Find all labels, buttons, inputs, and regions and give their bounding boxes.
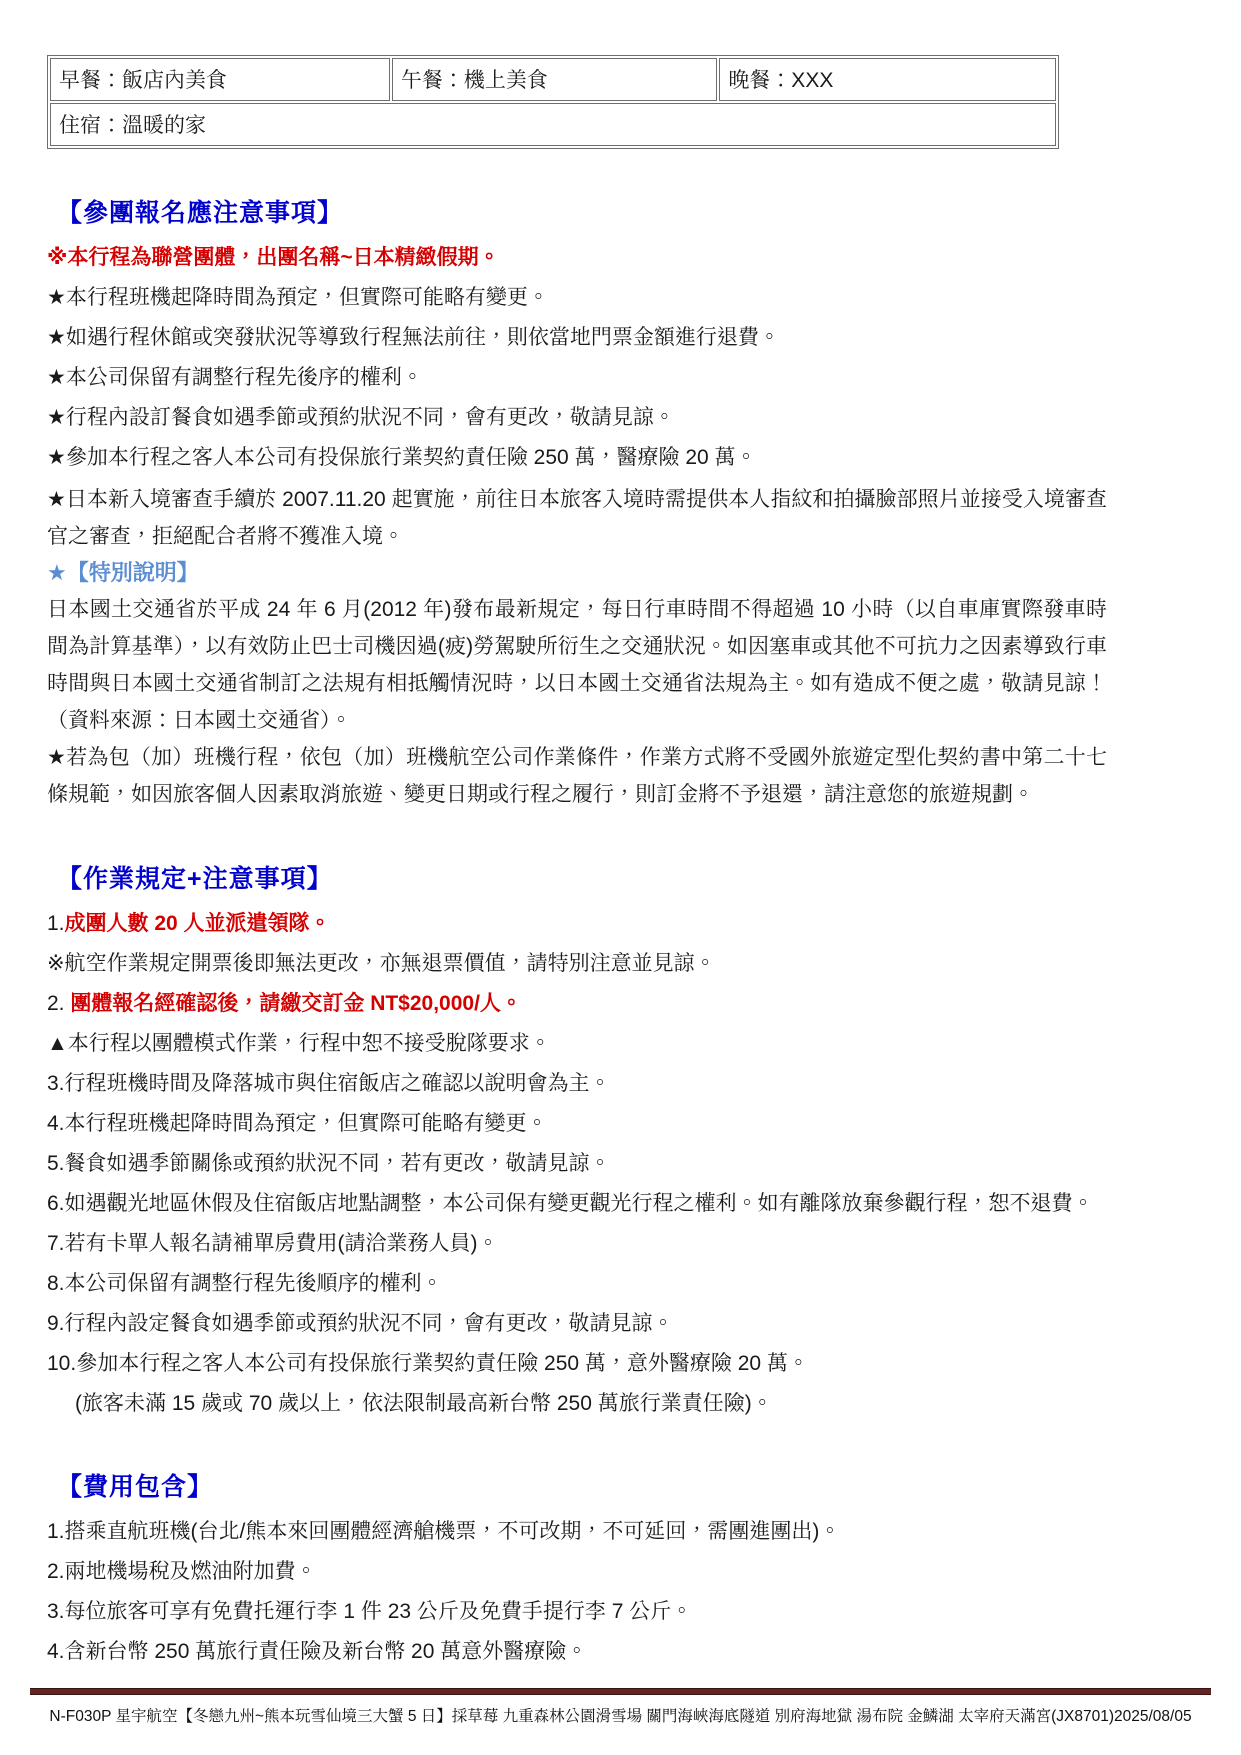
- rules-item-2: 2. 團體報名經確認後，請繳交訂金 NT$20,000/人。: [47, 987, 1107, 1021]
- notice-section-title: 【參團報名應注意事項】: [47, 193, 1107, 229]
- lodging-row: 住宿：溫暖的家: [50, 103, 1056, 146]
- notice-item: ★本公司保留有調整行程先後序的權利。: [47, 361, 1107, 395]
- special-note-label: ★【特別說明】: [47, 555, 1107, 591]
- rules-note-air: ※航空作業規定開票後即無法更改，亦無退票價值，請特別注意並見諒。: [47, 947, 1107, 981]
- notice-item: ★參加本行程之客人本公司有投保旅行業契約責任險 250 萬，醫療險 20 萬。: [47, 441, 1107, 475]
- rules-item: 9.行程內設定餐食如遇季節或預約狀況不同，會有更改，敬請見諒。: [47, 1307, 1107, 1341]
- rules-section-title: 【作業規定+注意事項】: [47, 859, 1107, 895]
- lodging-cell: 住宿：溫暖的家: [50, 103, 1056, 146]
- meal-table: 早餐：飯店內美食 午餐：機上美食 晚餐：XXX 住宿：溫暖的家: [47, 55, 1059, 149]
- page-footer: N-F030P 星宇航空【冬戀九州~熊本玩雪仙境三大蟹 5 日】採草莓 九重森林…: [0, 1688, 1241, 1726]
- rules-item: 7.若有卡單人報名請補單房費用(請洽業務人員)。: [47, 1227, 1107, 1261]
- rules-item-1-text: 成團人數 20 人並派遣領隊。: [65, 912, 331, 935]
- breakfast-cell: 早餐：飯店內美食: [50, 58, 390, 101]
- page-content: 早餐：飯店內美食 午餐：機上美食 晚餐：XXX 住宿：溫暖的家 【參團報名應注意…: [47, 55, 1107, 1669]
- notice-item: ★如遇行程休館或突發狀況等導致行程無法前往，則依當地門票金額進行退費。: [47, 321, 1107, 355]
- notice-item: ★本行程班機起降時間為預定，但實際可能略有變更。: [47, 281, 1107, 315]
- charter-flight-note: ★若為包（加）班機行程，依包（加）班機航空公司作業條件，作業方式將不受國外旅遊定…: [47, 739, 1107, 813]
- notice-red-note: ※本行程為聯營團體，出團名稱~日本精緻假期。: [47, 241, 1107, 275]
- rules-item-2-text: 團體報名經確認後，請繳交訂金 NT$20,000/人。: [70, 992, 522, 1015]
- notice-item: ★日本新入境審查手續於 2007.11.20 起實施，前往日本旅客入境時需提供本…: [47, 481, 1107, 555]
- dinner-cell: 晚餐：XXX: [719, 58, 1056, 101]
- lunch-cell: 午餐：機上美食: [392, 58, 717, 101]
- rules-item-1: 1.成團人數 20 人並派遣領隊。: [47, 907, 1107, 941]
- rules-item-2-number: 2.: [47, 992, 70, 1015]
- fees-item: 2.兩地機場稅及燃油附加費。: [47, 1555, 1107, 1589]
- rules-item: 6.如遇觀光地區休假及住宿飯店地點調整，本公司保有變更觀光行程之權利。如有離隊放…: [47, 1187, 1107, 1221]
- rules-note-group: ▲本行程以團體模式作業，行程中恕不接受脫隊要求。: [47, 1027, 1107, 1061]
- rules-item-10-note: (旅客未滿 15 歲或 70 歲以上，依法限制最高新台幣 250 萬旅行業責任險…: [47, 1387, 1107, 1421]
- rules-item: 5.餐食如遇季節關係或預約狀況不同，若有更改，敬請見諒。: [47, 1147, 1107, 1181]
- footer-divider: [30, 1688, 1211, 1695]
- fees-item: 4.含新台幣 250 萬旅行責任險及新台幣 20 萬意外醫療險。: [47, 1635, 1107, 1669]
- meal-row: 早餐：飯店內美食 午餐：機上美食 晚餐：XXX: [50, 58, 1056, 101]
- special-note-paragraph: 日本國土交通省於平成 24 年 6 月(2012 年)發布最新規定，每日行車時間…: [47, 591, 1107, 739]
- rules-item: 4.本行程班機起降時間為預定，但實際可能略有變更。: [47, 1107, 1107, 1141]
- rules-item-1-number: 1.: [47, 912, 65, 935]
- fees-item: 3.每位旅客可享有免費托運行李 1 件 23 公斤及免費手提行李 7 公斤。: [47, 1595, 1107, 1629]
- document-page: { "colors": { "heading_blue": "#0000cc",…: [0, 0, 1241, 1755]
- notice-item: ★行程內設訂餐食如遇季節或預約狀況不同，會有更改，敬請見諒。: [47, 401, 1107, 435]
- rules-item: 8.本公司保留有調整行程先後順序的權利。: [47, 1267, 1107, 1301]
- rules-item: 10.參加本行程之客人本公司有投保旅行業契約責任險 250 萬，意外醫療險 20…: [47, 1347, 1107, 1381]
- footer-itinerary-text: N-F030P 星宇航空【冬戀九州~熊本玩雪仙境三大蟹 5 日】採草莓 九重森林…: [0, 1704, 1241, 1726]
- fees-item: 1.搭乘直航班機(台北/熊本來回團體經濟艙機票，不可改期，不可延回，需團進團出)…: [47, 1515, 1107, 1549]
- fees-section-title: 【費用包含】: [47, 1467, 1107, 1503]
- rules-item: 3.行程班機時間及降落城市與住宿飯店之確認以說明會為主。: [47, 1067, 1107, 1101]
